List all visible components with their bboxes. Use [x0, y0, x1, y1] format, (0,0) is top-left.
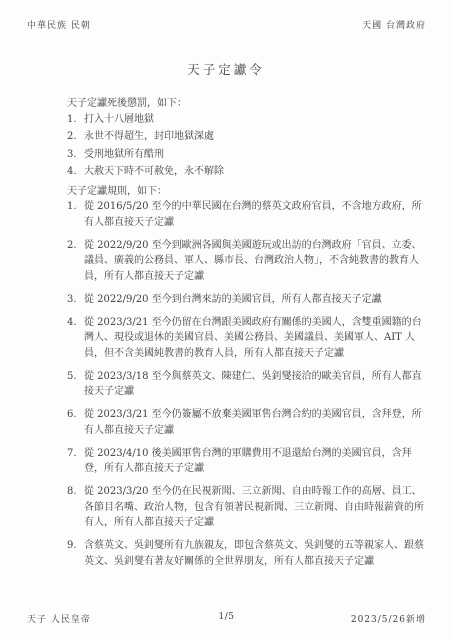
item-number: 5.	[67, 369, 84, 385]
item-text: 從 2023/3/20 至今仍在民視新聞、三立新聞、自由時報工作的高層、員工、各…	[84, 484, 427, 531]
rules-list-item: 9. 含蔡英文、吳釗燮所有九族親友，即包含蔡英文、吳釗燮的五等親家人、跟蔡英文、…	[67, 538, 427, 569]
item-text: 從 2022/9/20 至今到台灣來訪的美國官員，所有人都直接天子定讞	[84, 292, 427, 308]
footer-date: 2023/5/26新增	[293, 612, 426, 625]
document-title: 天子定讞令	[0, 60, 452, 78]
document-body: 天子定讞死後懲罰，如下： 1. 打入十八層地獄 2. 永世不得超生，封印地獄深處…	[67, 96, 427, 577]
item-number: 9.	[67, 538, 84, 554]
item-number: 6.	[67, 407, 84, 423]
rules-list-item: 7. 從 2023/4/10 後美國軍售台灣的軍購費用不退還給台灣的美國官員，含…	[67, 446, 427, 477]
rules-list-item: 8. 從 2023/3/20 至今仍在民視新聞、三立新聞、自由時報工作的高層、員…	[67, 484, 427, 531]
item-text: 含蔡英文、吳釗燮所有九族親友，即包含蔡英文、吳釗燮的五等親家人、跟蔡英文、吳釗燮…	[84, 538, 427, 569]
punishment-intro: 天子定讞死後懲罰，如下：	[67, 96, 427, 112]
item-number: 3.	[67, 292, 84, 308]
item-text: 從 2023/3/21 至今仍留在台灣跟美國政府有關係的美國人，含雙重國籍的台灣…	[84, 315, 427, 362]
punishment-list: 1. 打入十八層地獄 2. 永世不得超生，封印地獄深處 3. 受刑地獄所有酷刑 …	[67, 112, 427, 180]
item-text: 從 2023/3/18 至今與蔡英文、陳建仁、吳釗燮接洽的歐美官員，所有人都直接…	[84, 369, 427, 400]
header-left-text: 中華民族 民朝	[27, 18, 91, 31]
rules-list-item: 3. 從 2022/9/20 至今到台灣來訪的美國官員，所有人都直接天子定讞	[67, 292, 427, 308]
punishment-list-item: 2. 永世不得超生，封印地獄深處	[67, 129, 427, 145]
item-number: 4.	[67, 164, 84, 180]
item-text: 打入十八層地獄	[84, 112, 427, 128]
rules-intro: 天子定讞規則，如下：	[67, 184, 427, 200]
item-number: 8.	[67, 484, 84, 500]
document-page: 中華民族 民朝 天國 台灣政府 天子定讞令 天子定讞死後懲罰，如下： 1. 打入…	[0, 0, 452, 640]
item-text: 從 2023/4/10 後美國軍售台灣的軍購費用不退還給台灣的美國官員，含拜登，…	[84, 446, 427, 477]
item-text: 從 2023/3/21 至今仍簽屬不放棄美國軍售台灣合約的美國官員，含拜登，所有…	[84, 407, 427, 438]
item-number: 1.	[67, 112, 84, 128]
item-text: 從 2016/5/20 至今的中華民國在台灣的蔡英文政府官員，不含地方政府，所有…	[84, 199, 427, 230]
item-text: 永世不得超生，封印地獄深處	[84, 129, 427, 145]
rules-list-item: 6. 從 2023/3/21 至今仍簽屬不放棄美國軍售台灣合約的美國官員，含拜登…	[67, 407, 427, 438]
item-number: 1.	[67, 199, 84, 215]
rules-list-item: 5. 從 2023/3/18 至今與蔡英文、陳建仁、吳釗燮接洽的歐美官員，所有人…	[67, 369, 427, 400]
item-number: 3.	[67, 147, 84, 163]
rules-list-item: 2. 從 2022/9/20 至今到歐洲各國與美國遊玩或出訪的台灣政府「官員、立…	[67, 238, 427, 285]
rules-list-item: 1. 從 2016/5/20 至今的中華民國在台灣的蔡英文政府官員，不含地方政府…	[67, 199, 427, 230]
item-text: 大赦天下時不可赦免，永不解除	[84, 164, 427, 180]
item-text: 受刑地獄所有酷刑	[84, 147, 427, 163]
rules-list: 1. 從 2016/5/20 至今的中華民國在台灣的蔡英文政府官員，不含地方政府…	[67, 199, 427, 569]
punishment-list-item: 4. 大赦天下時不可赦免，永不解除	[67, 164, 427, 180]
header-right-text: 天國 台灣政府	[362, 18, 426, 31]
footer-page-number: 1/5	[160, 612, 293, 625]
item-number: 7.	[67, 446, 84, 462]
punishment-list-item: 3. 受刑地獄所有酷刑	[67, 147, 427, 163]
item-number: 2.	[67, 238, 84, 254]
rules-list-item: 4. 從 2023/3/21 至今仍留在台灣跟美國政府有關係的美國人，含雙重國籍…	[67, 315, 427, 362]
item-number: 4.	[67, 315, 84, 331]
item-number: 2.	[67, 129, 84, 145]
item-text: 從 2022/9/20 至今到歐洲各國與美國遊玩或出訪的台灣政府「官員、立委、議…	[84, 238, 427, 285]
footer-author: 天子 人民皇帝	[27, 612, 160, 625]
page-header: 中華民族 民朝 天國 台灣政府	[27, 18, 426, 31]
page-footer: 天子 人民皇帝 1/5 2023/5/26新增	[27, 612, 426, 625]
punishment-list-item: 1. 打入十八層地獄	[67, 112, 427, 128]
